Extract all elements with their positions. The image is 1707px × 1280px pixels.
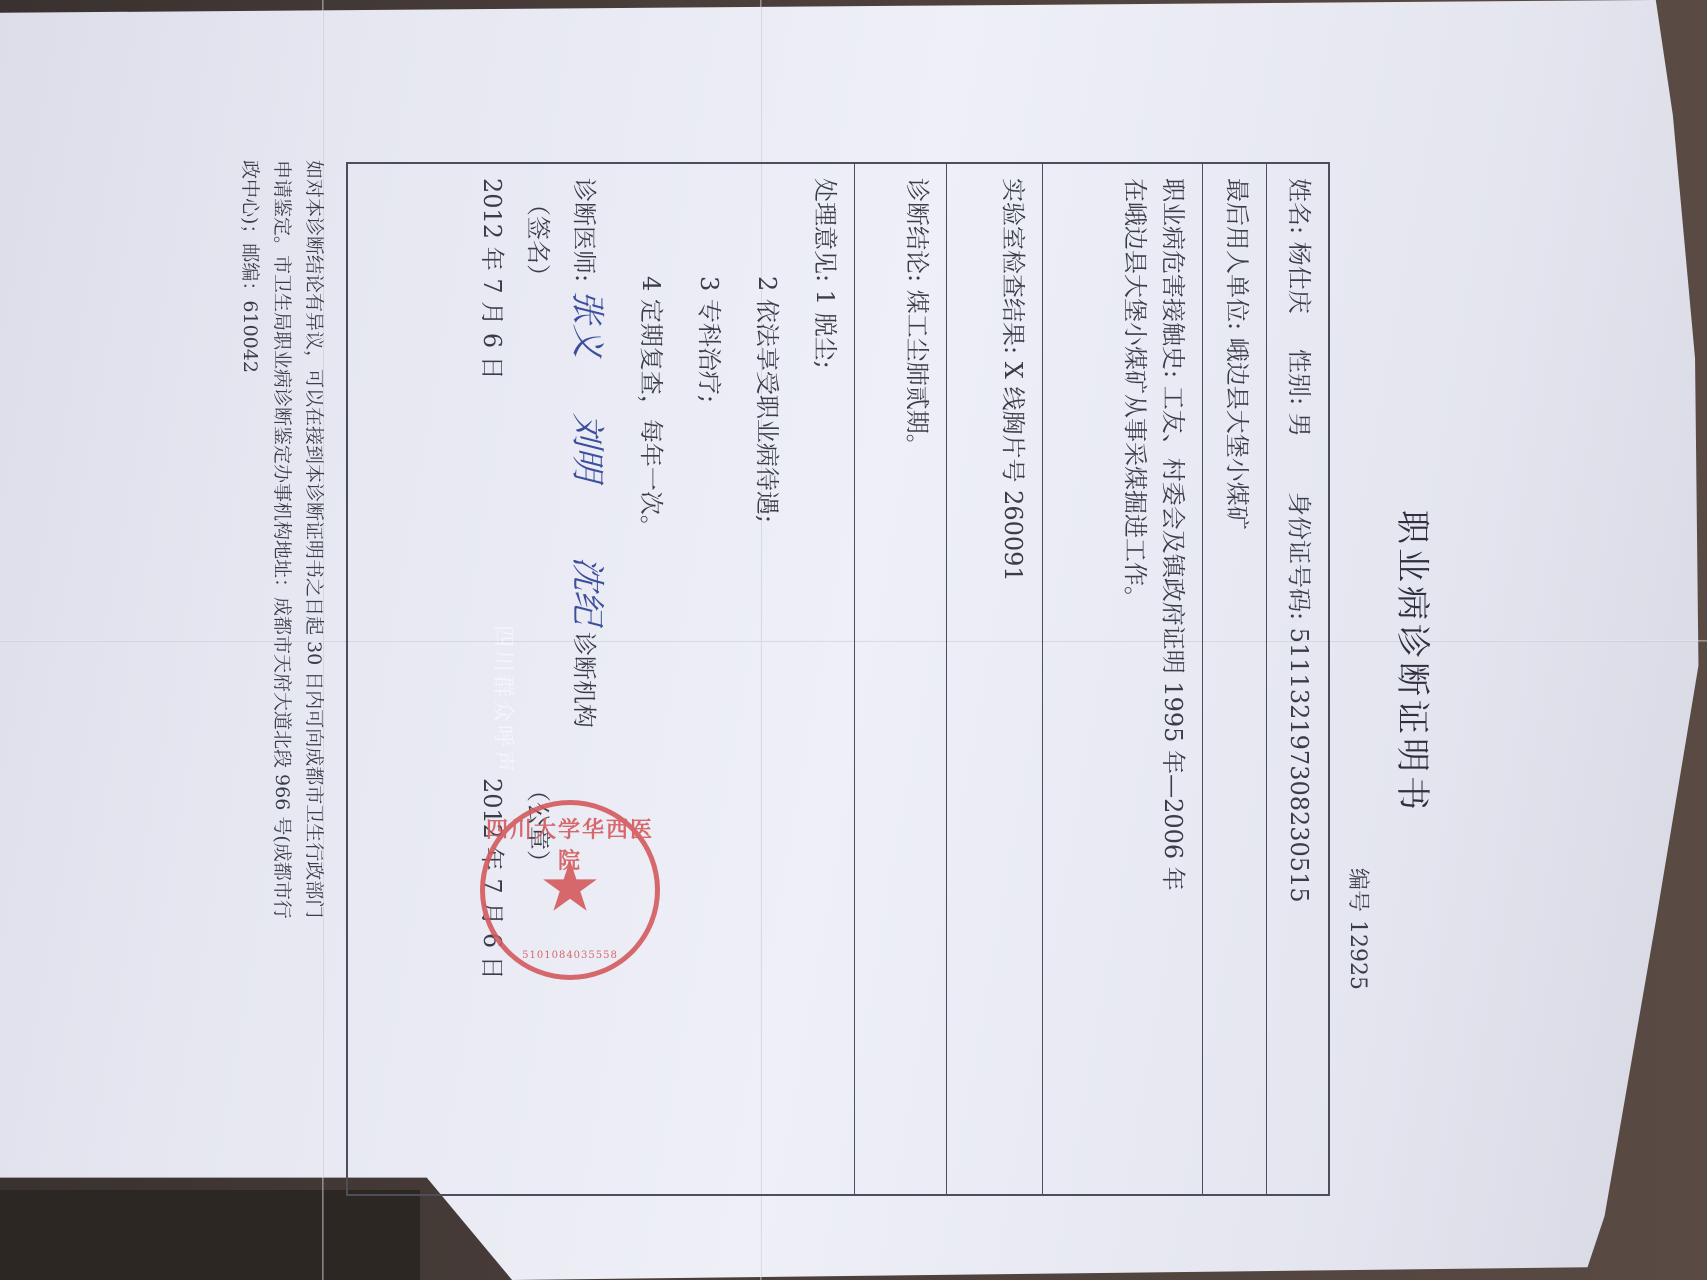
doctor-signature: 张义: [567, 290, 607, 358]
row-employer: 最后用人单位: 峨边县大堡小煤矿: [1202, 164, 1266, 1194]
official-seal: 四川大学华西医院 ★ 5101084035558: [480, 800, 660, 980]
row-lab-results: 实验室检查结果: X 线胸片号 260091: [946, 164, 1042, 1194]
opinion-item: 3 专科治疗;: [690, 178, 728, 1180]
star-icon: ★: [539, 852, 602, 922]
doctor-sign-note: （签名）: [519, 192, 557, 288]
employer-label: 最后用人单位:: [1223, 178, 1251, 330]
gender-value: 男: [1285, 413, 1313, 437]
exposure-line2: 在峨边县大堡小煤矿从事采煤掘进工作。: [1116, 178, 1154, 1180]
opinion-label: 处理意见:: [811, 178, 839, 282]
signature-block: 诊断医师: 张义 刘明 沈纪 诊断机构: [565, 178, 606, 1180]
exposure-label: 职业病危害接触史:: [1159, 178, 1187, 378]
seal-note-row: （签名） （公章）: [517, 178, 557, 1180]
notice-line: 政中心)；邮编：610042: [234, 160, 266, 1200]
row-conclusion: 诊断结论: 煤工尘肺贰期。: [854, 164, 946, 1194]
employer-value: 峨边县大堡小煤矿: [1223, 338, 1251, 530]
seal-code: 5101084035558: [485, 950, 655, 961]
doctor-label: 诊断医师:: [570, 178, 598, 282]
serial-label: 编号: [1345, 868, 1370, 912]
name-value: 杨仕庆: [1285, 242, 1313, 314]
opinion-item: 1 脱尘;: [811, 290, 839, 369]
doctor-signature: 刘明: [567, 413, 607, 481]
doctor-date: 2012 年 7 月 6 日: [473, 178, 511, 380]
institution-signature: 沈纪: [567, 556, 607, 624]
gender-label: 性别:: [1285, 349, 1313, 405]
row-exposure-history: 职业病危害接触史: 工友、村委会及镇政府证明 1995 年—2006 年 在峨边…: [1042, 164, 1202, 1194]
name-label: 姓名:: [1285, 178, 1313, 234]
notice-line: 申请鉴定。市卫生局职业病诊断鉴定办事机构地址：成都市天府大道北段 966 号(成…: [266, 160, 298, 1200]
serial-value: 12925: [1345, 920, 1370, 990]
serial-number: 编号12925: [1344, 860, 1375, 990]
certificate-document: 职业病诊断证明书 编号12925 姓名: 杨仕庆 性别: 男 身份证号码: 51…: [200, 150, 1430, 1250]
institution-label: 诊断机构: [570, 632, 598, 728]
id-label: 身份证号码:: [1285, 492, 1313, 620]
conclusion-value: 煤工尘肺贰期。: [903, 290, 931, 458]
exposure-line1: 工友、村委会及镇政府证明 1995 年—2006 年: [1159, 386, 1187, 891]
row-opinion: 处理意见: 1 脱尘; 2 依法享受职业病待遇; 3 专科治疗; 4 定期复查，…: [348, 164, 854, 1194]
lab-label: 实验室检查结果:: [999, 178, 1027, 354]
appeal-notice: 如对本诊断结论有异议，可以在接到本诊断证明书之日起 30 日内可向成都市卫生行政…: [234, 160, 330, 1200]
row-personal-info: 姓名: 杨仕庆 性别: 男 身份证号码: 511132197308230515: [1266, 164, 1328, 1194]
opinion-item: 2 依法享受职业病待遇;: [748, 178, 786, 1180]
opinion-item: 4 定期复查，每年一次。: [632, 178, 670, 1180]
id-value: 511132197308230515: [1285, 628, 1313, 903]
notice-line: 如对本诊断结论有异议，可以在接到本诊断证明书之日起 30 日内可向成都市卫生行政…: [298, 160, 330, 1200]
lab-value: X 线胸片号 260091: [999, 362, 1027, 582]
conclusion-label: 诊断结论:: [903, 178, 931, 282]
watermark: 四川群众呼声: [489, 625, 520, 775]
document-title: 职业病诊断证明书: [1391, 510, 1440, 814]
